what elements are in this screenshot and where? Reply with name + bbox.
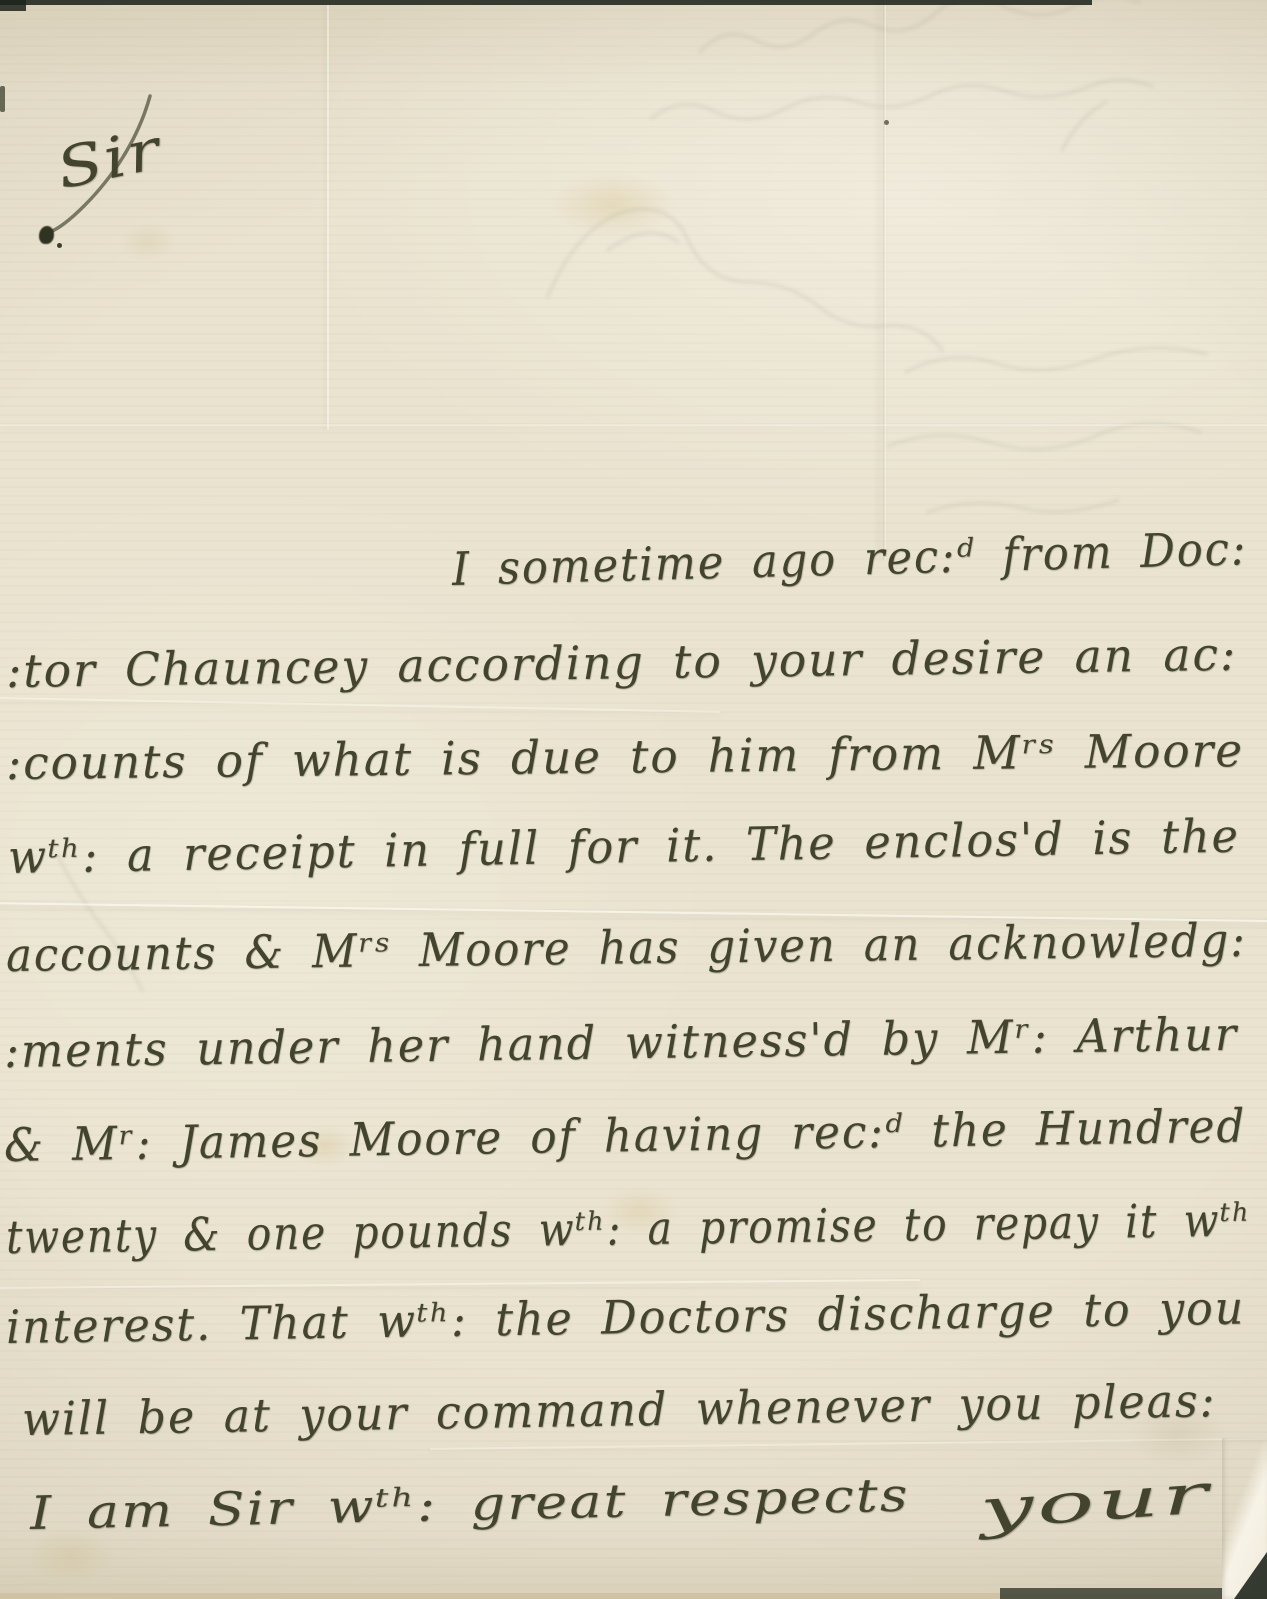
ink-blot [39, 226, 54, 244]
salutation-flourish [0, 0, 1267, 1599]
letter-scan: Sir I sometime ago rec:ᵈ from Doc: :tor … [0, 0, 1267, 1599]
closing-word: your [978, 1469, 1114, 1541]
ink-speck [57, 243, 62, 248]
